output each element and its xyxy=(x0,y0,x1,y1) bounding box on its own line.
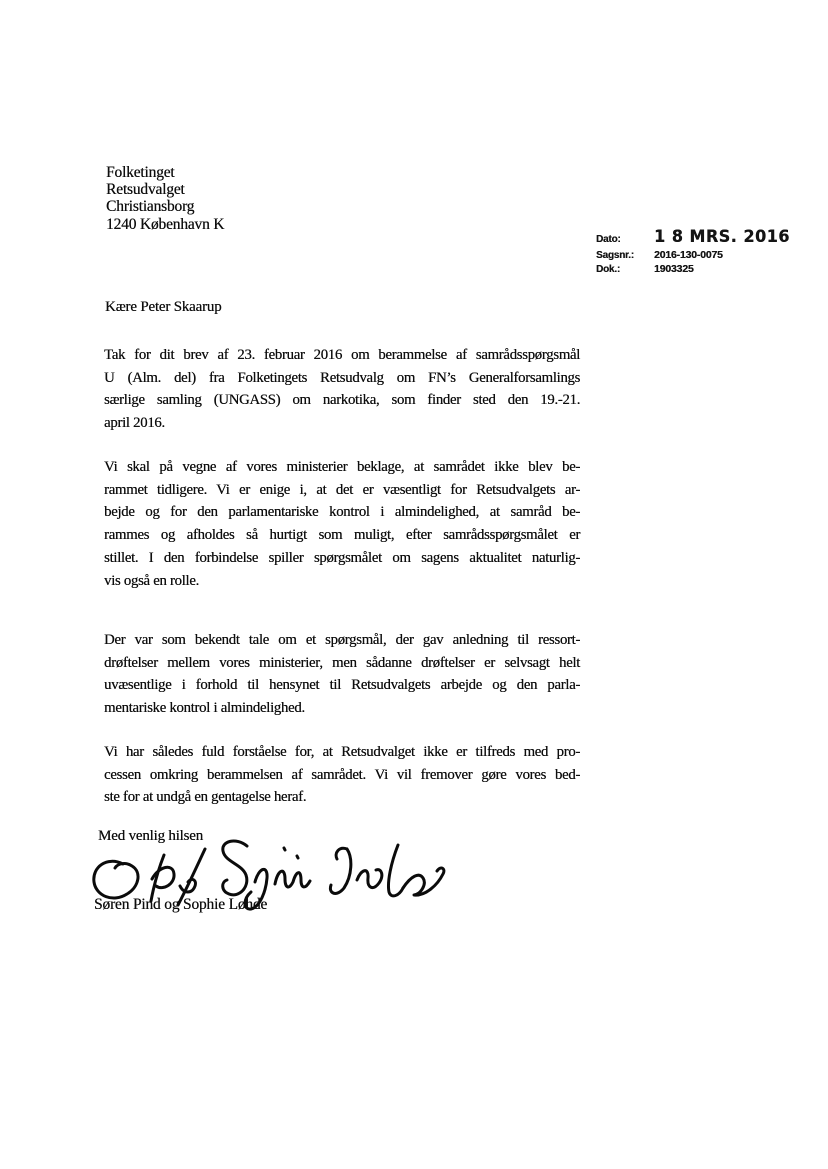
paragraph-line: Vi skal på vegne af vores ministerier be… xyxy=(104,456,580,479)
paragraph-line: Der var som bekendt tale om et spørgsmål… xyxy=(104,629,580,652)
paragraph-line: bejde og for den parlamentariske kontrol… xyxy=(104,501,580,524)
case-stamp-block: Dato: 1 8 MRS. 2016 Sagsnr.: 2016-130-00… xyxy=(596,230,790,277)
paragraph-3: Der var som bekendt tale om et spørgsmål… xyxy=(104,629,580,720)
paragraph-4: Vi har således fuld forståelse for, at R… xyxy=(104,741,580,809)
signature-stroke xyxy=(275,871,310,887)
signature-names: Søren Pind og Sophie Løhde xyxy=(94,896,267,914)
signature-stroke xyxy=(330,848,350,893)
paragraph-2: Vi skal på vegne af vores ministerier be… xyxy=(104,456,580,592)
paragraph-line: cessen omkring berammelsen af samrådet. … xyxy=(104,764,580,787)
signature-stroke xyxy=(403,868,444,895)
paragraph-line: vis også en rolle. xyxy=(104,570,580,593)
stamp-row-date: Dato: 1 8 MRS. 2016 xyxy=(596,230,790,246)
signature-stroke xyxy=(223,841,247,895)
sender-line-committee: Retsudvalget xyxy=(106,181,224,198)
signature-stroke xyxy=(388,845,403,896)
signature-stroke xyxy=(94,861,138,898)
paragraph-line: stillet. I den forbindelse spiller spørg… xyxy=(104,547,580,570)
doc-number-value: 1903325 xyxy=(654,263,693,276)
sender-line-city: 1240 København K xyxy=(106,216,224,233)
salutation: Kære Peter Skaarup xyxy=(105,299,221,316)
paragraph-line: mentariske kontrol i almindelighed. xyxy=(104,697,580,720)
paragraph-line: særlige samling (UNGASS) om narkotika, s… xyxy=(104,389,580,412)
case-number-value: 2016-130-0075 xyxy=(654,249,723,262)
paragraph-line: ste for at undgå en gentagelse heraf. xyxy=(104,786,580,809)
sender-line-organization: Folketinget xyxy=(106,164,224,181)
paragraph-line: drøftelser mellem vores ministerier, men… xyxy=(104,652,580,675)
scanned-letter-page: Folketinget Retsudvalget Christiansborg … xyxy=(0,0,828,1169)
doc-number-label: Dok.: xyxy=(596,263,654,276)
paragraph-line: Vi har således fuld forståelse for, at R… xyxy=(104,741,580,764)
paragraph-line: april 2016. xyxy=(104,412,580,435)
stamp-row-case-number: Sagsnr.: 2016-130-0075 xyxy=(596,249,790,262)
signature-stroke xyxy=(357,870,382,888)
case-number-label: Sagsnr.: xyxy=(596,249,654,262)
paragraph-line: rammes og afholdes så hurtigt som muligt… xyxy=(104,524,580,547)
stamp-row-doc-number: Dok.: 1903325 xyxy=(596,263,790,276)
signature-stroke xyxy=(284,848,285,850)
paragraph-line: uvæsentlige i forhold til hensynet til R… xyxy=(104,674,580,697)
paragraph-line: rammet tidligere. Vi er enige i, at det … xyxy=(104,479,580,502)
date-stamp-value: 1 8 MRS. 2016 xyxy=(654,229,790,243)
sender-address: Folketinget Retsudvalget Christiansborg … xyxy=(106,164,224,233)
sender-line-building: Christiansborg xyxy=(106,198,224,215)
signature-stroke xyxy=(297,856,298,858)
date-label: Dato: xyxy=(596,233,654,246)
paragraph-line: U (Alm. del) fra Folketingets Retsudvalg… xyxy=(104,367,580,390)
paragraph-1: Tak for dit brev af 23. februar 2016 om … xyxy=(104,344,580,435)
paragraph-line: Tak for dit brev af 23. februar 2016 om … xyxy=(104,344,580,367)
